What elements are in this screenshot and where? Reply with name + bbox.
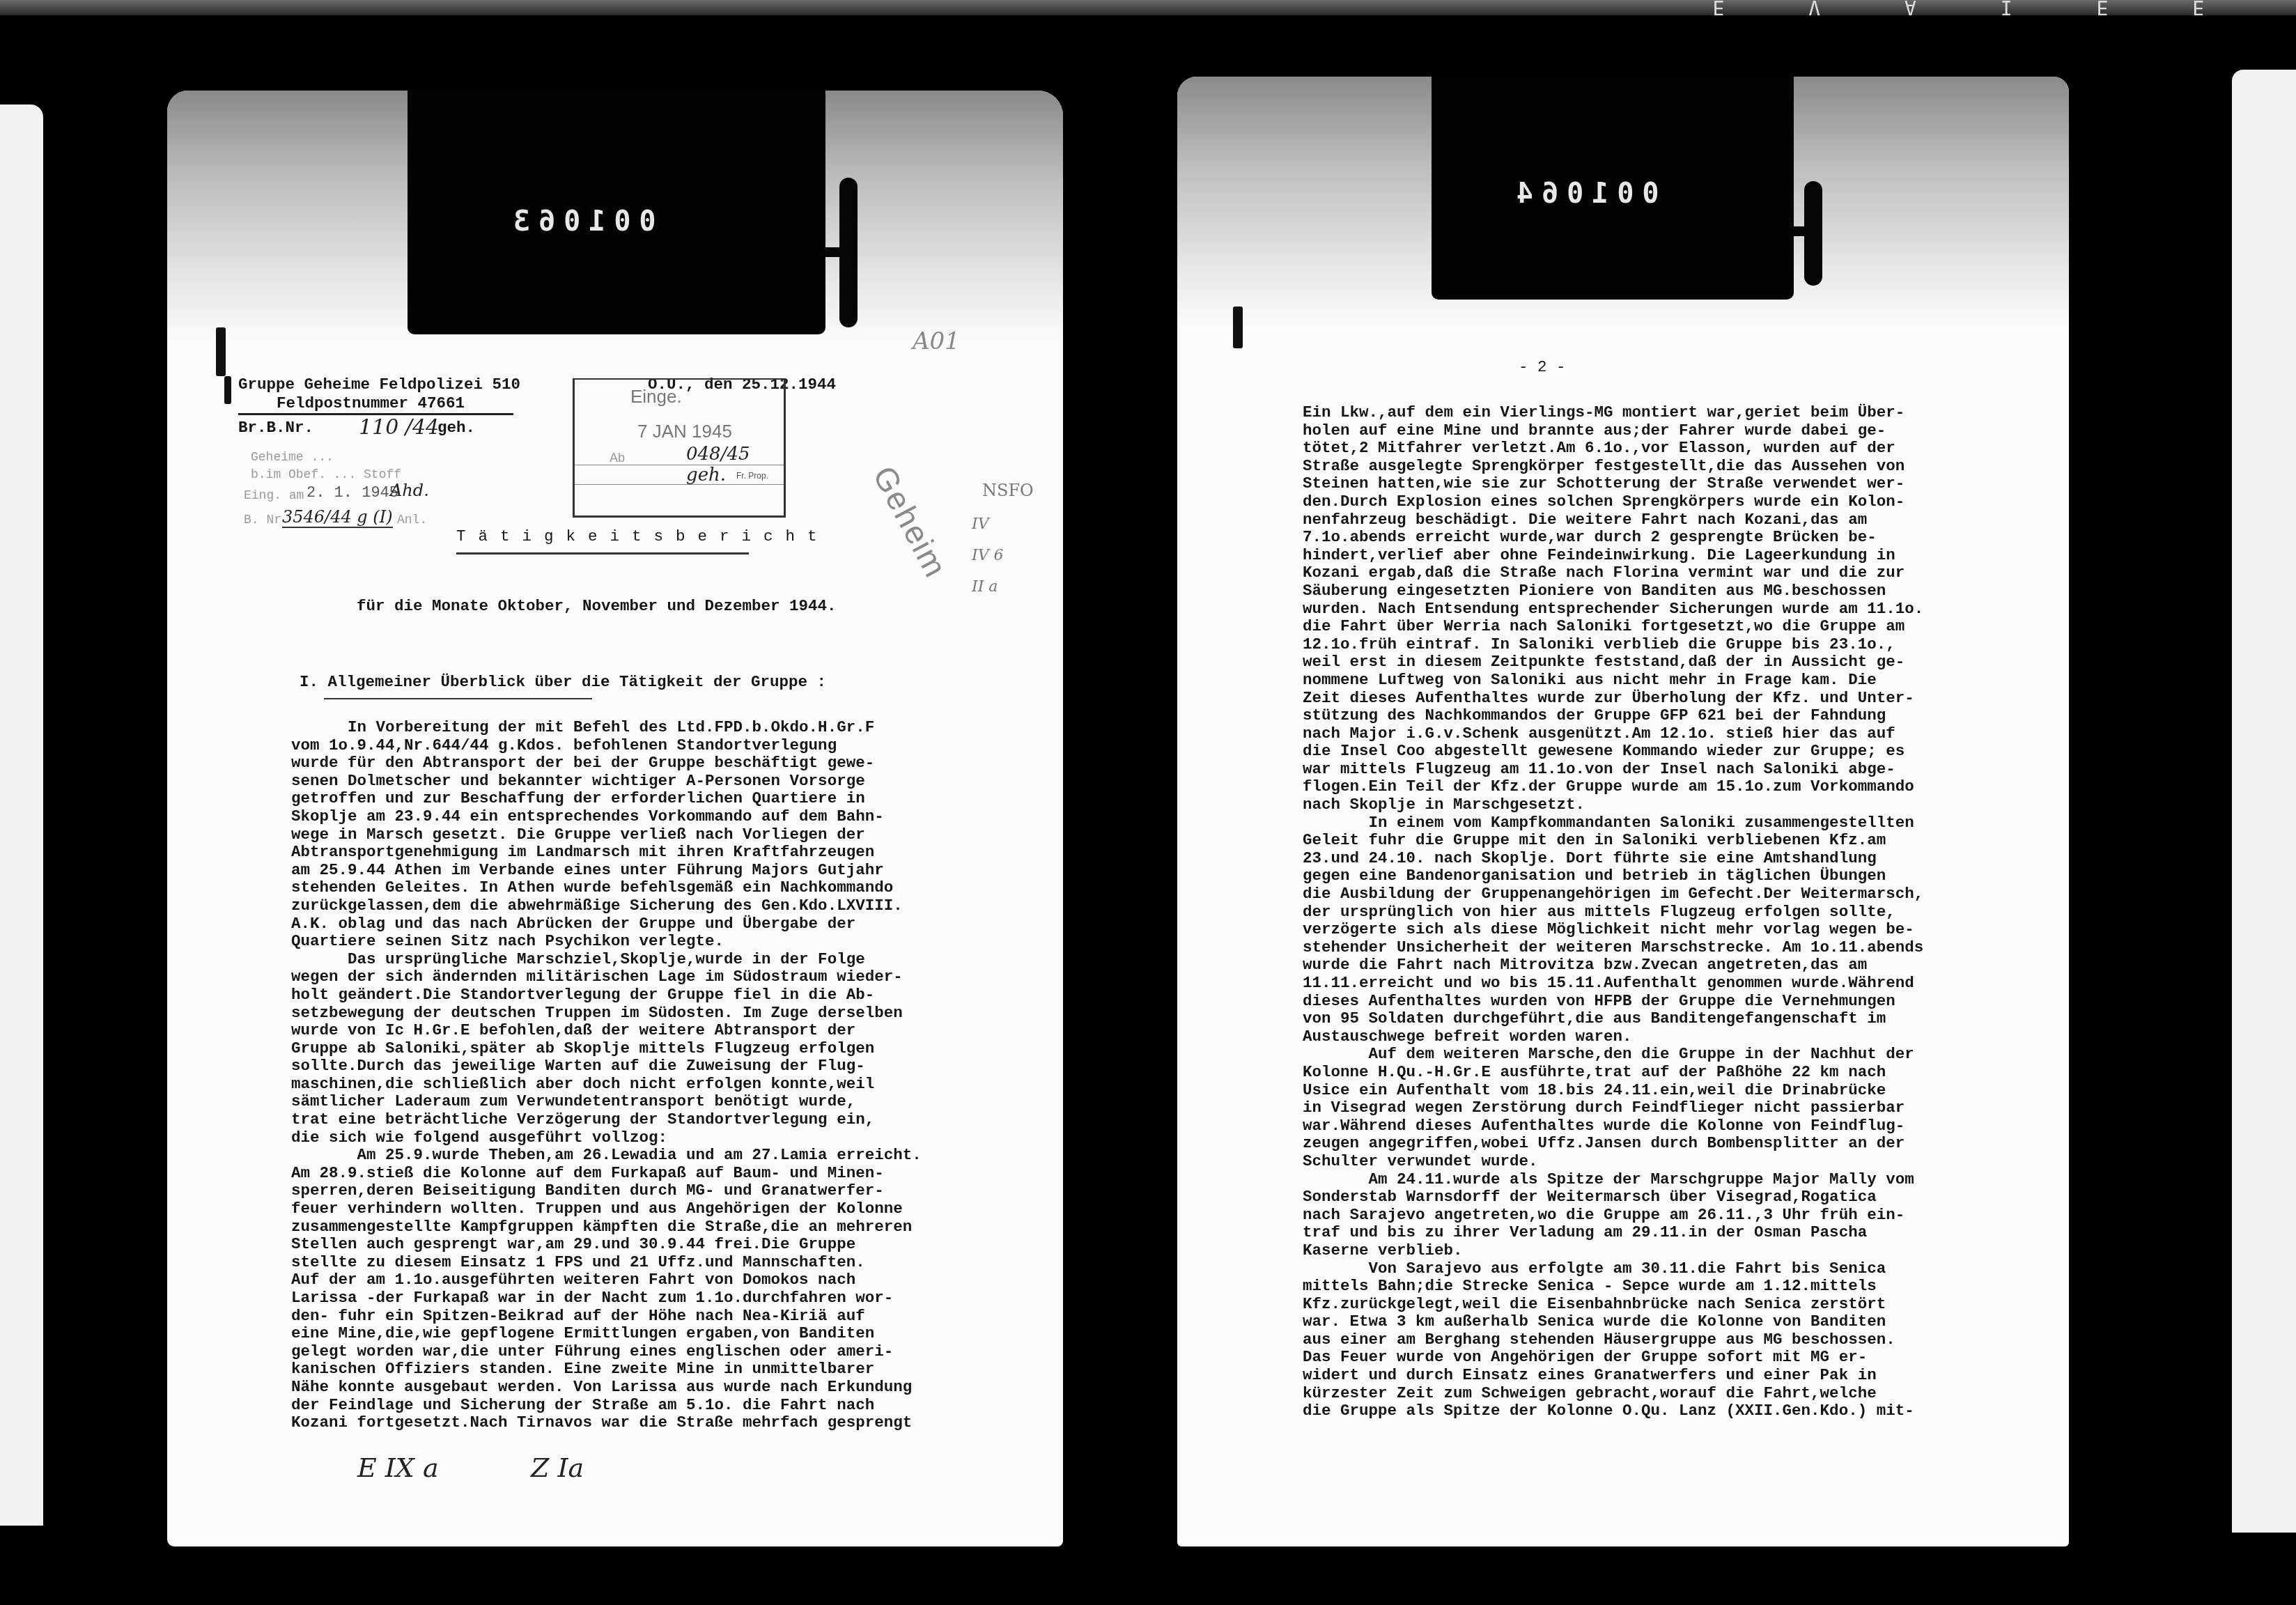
text-line: nach Skoplje in Marschgesetzt. (1303, 796, 1923, 814)
receipt-label: Einge. (630, 388, 682, 406)
page-2-body: Ein Lkw.,auf dem ein Vierlings-MG montie… (1303, 404, 1923, 1420)
text-line: nommene Luftweg von Saloniki aus nicht m… (1303, 672, 1923, 690)
text-line: flogen.Ein Teil der Kfz.der Gruppe wurde… (1303, 778, 1923, 796)
text-line: 12.1o.früh eintraf. In Saloniki verblieb… (1303, 636, 1923, 654)
text-line: Sonderstab Warnsdorff der Weitermarsch ü… (1303, 1188, 1923, 1207)
text-line: Am 25.9.wurde Theben,am 26.Lewadia und a… (291, 1147, 922, 1165)
text-line: 11.11.erreicht und wo bis 15.11.Aufentha… (1303, 975, 1923, 993)
text-line: Auf der am 1.1o.ausgeführten weiteren Fa… (291, 1271, 922, 1289)
text-line: stehender Unsicherheit der weiteren Mars… (1303, 939, 1923, 957)
stamp-divider (575, 484, 784, 485)
text-line: die Fahrt über Werria nach Saloniki fort… (1303, 618, 1923, 636)
text-line: wurden. Nach Entsendung entsprechender S… (1303, 600, 1923, 619)
heading-underline (324, 698, 592, 699)
text-line: zusammengestellte Kampfgruppen kämpften … (291, 1218, 922, 1236)
text-line: war.Während dieses Aufenthaltes wurde di… (1303, 1117, 1923, 1135)
text-line: maschinen,die schließlich aber doch nich… (291, 1076, 922, 1094)
text-line: stellte zu diesem Einsatz 1 FPS und 21 U… (291, 1254, 922, 1272)
text-line: Nähe konnte ausgebaut werden. Von Lariss… (291, 1379, 922, 1397)
document-page-2: 001064 - 2 - Ein Lkw.,auf dem ein Vierli… (1177, 77, 2069, 1546)
text-line: die sich wie folgend ausgeführt vollzog: (291, 1129, 922, 1147)
text-line: wegen der sich ändernden militärischen L… (291, 968, 922, 986)
text-line: Gruppe ab Saloniki,später ab Skoplje mit… (291, 1040, 922, 1058)
text-line: dieses Aufenthaltes wurden von HFPB der … (1303, 993, 1923, 1011)
text-line: gegen eine Bandenorganisation und betrie… (1303, 867, 1923, 885)
text-line: von 95 Soldaten durchgeführt,die aus Ban… (1303, 1010, 1923, 1028)
margin-note: II a (972, 578, 998, 596)
text-line: mittels Bahn;die Strecke Senica - Sepce … (1303, 1278, 1923, 1296)
adjacent-frame-left (0, 104, 43, 1526)
counter-knob-icon (1804, 181, 1822, 286)
text-line: Das ursprüngliche Marschziel,Skoplje,wur… (291, 951, 922, 969)
text-line: Auf dem weiteren Marsche,den die Gruppe … (1303, 1046, 1923, 1064)
text-line: war mittels Flugzeug am 11.1o.von der In… (1303, 761, 1923, 779)
frame-counter: 001064 (1432, 77, 1794, 300)
text-line: tötet,2 Mitfahrer verletzt.Am 6.1o.,vor … (1303, 440, 1923, 458)
text-line: Abtransportgenehmigung im Landmarsch mit… (291, 844, 922, 862)
text-line: A.K. oblag und das nach Abrücken der Gru… (291, 915, 922, 933)
text-line: Am 24.11.wurde als Spitze der Marschgrup… (1303, 1171, 1923, 1189)
eing-date: 2. 1. 1945 (307, 484, 398, 502)
text-line: den.Durch Explosion eines solchen Spreng… (1303, 493, 1923, 511)
text-line: setzbewegung der deutschen Truppen im Sü… (291, 1005, 922, 1023)
text-line: Kozani ergab,daß die Straße nach Florina… (1303, 564, 1923, 582)
frame-counter-digits: 001063 (505, 206, 656, 238)
text-line: Säuberung eingesetzten Pioniere von Band… (1303, 582, 1923, 600)
frame-counter-digits: 001064 (1508, 178, 1659, 210)
text-line: die Insel Coo abgestellt gewesene Komman… (1303, 743, 1923, 761)
text-line: Larissa -der Furkapaß war in der Nacht z… (291, 1289, 922, 1308)
text-line: am 25.9.44 Athen im Verbande eines unter… (291, 862, 922, 880)
receipt-stamp: Einge. 7 JAN 1945 Ab 048/45 geh. Fr. Pro… (573, 378, 786, 518)
text-line: traf und bis zu ihrer Verladung am 29.11… (1303, 1224, 1923, 1242)
text-line: zeugen angegriffen,wobei Uffz.Jansen dur… (1303, 1135, 1923, 1153)
text-line: wurde für den Abtransport der bei der Gr… (291, 754, 922, 773)
punch-mark (216, 327, 226, 376)
text-line: widert und durch Einsatz eines Granatwer… (1303, 1367, 1923, 1385)
eing-label: Eing. am (244, 488, 304, 506)
text-line: Skoplje am 23.9.44 ein entsprechendes Vo… (291, 808, 922, 826)
text-line: Geleit fuhr die Gruppe mit den in Saloni… (1303, 832, 1923, 850)
text-line: holt geändert.Die Standortverlegung der … (291, 986, 922, 1005)
unit-name: Gruppe Geheime Feldpolizei 510 (238, 376, 520, 394)
text-line: kanischen Offiziers standen. Eine zweite… (291, 1360, 922, 1379)
section-heading: I. Allgemeiner Überblick über die Tätigk… (300, 674, 826, 692)
text-line: stehenden Geleites. In Athen wurde befeh… (291, 879, 922, 897)
text-line: holen auf eine Mine und brannte aus;der … (1303, 422, 1923, 440)
text-line: Ein Lkw.,auf dem ein Vierlings-MG montie… (1303, 404, 1923, 422)
text-line: aus einer am Berghang stehenden Häusergr… (1303, 1331, 1923, 1349)
frame-counter: 001063 (408, 91, 825, 334)
text-line: den- fuhr ein Spitzen-Beikrad auf der Hö… (291, 1308, 922, 1326)
text-line: der ursprünglich von hier aus mittels Fl… (1303, 904, 1923, 922)
text-line: war. Etwa 3 km außerhalb Senica wurde di… (1303, 1313, 1923, 1331)
text-line: trat eine beträchtliche Verzögerung der … (291, 1111, 922, 1129)
text-line: Kolonne H.Qu.-H.Gr.E ausführte,trat auf … (1303, 1064, 1923, 1082)
br-nr-suffix: geh. (437, 419, 475, 437)
text-line: wurde von Ic H.Gr.E befohlen,daß der wei… (291, 1022, 922, 1040)
margin-note: NSFO (982, 481, 1034, 500)
text-line: sämtlicher Laderaum zum Verwundetentrans… (291, 1093, 922, 1111)
text-line: Am 28.9.stieß die Kolonne auf dem Furkap… (291, 1165, 922, 1183)
text-line: Zeit dieses Aufenthaltes wurde zur Überh… (1303, 690, 1923, 708)
punch-mark (224, 376, 231, 404)
text-line: Kaserne verblieb. (1303, 1242, 1923, 1260)
punch-mark (1233, 307, 1243, 348)
text-line: Straße ausgelegte Sprengkörper festgeste… (1303, 458, 1923, 476)
text-line: Usice ein Aufenthalt vom 18.bis 24.11.ei… (1303, 1082, 1923, 1100)
text-line: In einem vom Kampfkommandanten Saloniki … (1303, 814, 1923, 832)
margin-note: IV (972, 515, 989, 533)
file-mark-1: E IX a (357, 1452, 439, 1483)
text-line: Austauschwege befreit worden waren. (1303, 1028, 1923, 1046)
text-line: nach Sarajevo angetreten,wo die Gruppe a… (1303, 1207, 1923, 1225)
classification-stamp: Geheim (865, 460, 955, 584)
adjacent-frame-right (2232, 70, 2296, 1533)
anl-label: Anl. (397, 512, 427, 530)
text-line: Stellen auch gesprengt war,am 29.und 30.… (291, 1236, 922, 1254)
text-line: senen Dolmetscher und bekannter wichtige… (291, 773, 922, 791)
stamp-line-1: Geheime ... (251, 449, 334, 467)
text-line: in Visegrad wegen Zerstörung durch Feind… (1303, 1099, 1923, 1117)
text-line: vom 1o.9.44,Nr.644/44 g.Kdos. befohlenen… (291, 737, 922, 755)
initials-signature: Ahd. (390, 481, 429, 500)
text-line: nach Major i.G.v.Schenk ausgenützt.Am 12… (1303, 725, 1923, 743)
stamp-line-2: b.im Obef. ... Stoff (251, 467, 401, 485)
feldpost-number: Feldpostnummer 47661 (238, 395, 513, 415)
text-line: getroffen und zur Beschaffung der erford… (291, 790, 922, 808)
page-number: - 2 - (1519, 359, 1566, 377)
text-line: sperren,deren Beiseitigung Banditen durc… (291, 1182, 922, 1200)
page-1-body: In Vorbereitung der mit Befehl des Ltd.F… (291, 719, 922, 1432)
text-line: eine Mine,die,wie gepflogene Ermittlunge… (291, 1325, 922, 1343)
text-line: Kozani fortgesetzt.Nach Tirnavos war die… (291, 1414, 922, 1432)
text-line: Kfz.zurückgelegt,weil die Eisenbahnbrück… (1303, 1296, 1923, 1314)
film-top-edge: E V A I E E (0, 0, 2296, 15)
text-line: Schulter verwundet wurde. (1303, 1153, 1923, 1171)
text-line: stützung des Nachkommandos der Gruppe GF… (1303, 707, 1923, 725)
text-line: sollte.Durch das jeweilige Warten auf di… (291, 1057, 922, 1076)
br-nr-value: 110 /44 (359, 415, 439, 440)
report-title: Tätigkeitsbericht (456, 528, 830, 546)
text-line: die Gruppe als Spitze der Kolonne O.Qu. … (1303, 1402, 1923, 1420)
receipt-col-label: Fr. Prop. (736, 467, 768, 486)
br-nr-label: Br.B.Nr. (238, 419, 313, 437)
text-line: wege in Marsch gesetzt. Die Gruppe verli… (291, 826, 922, 844)
text-line: die Ausbildung der Gruppenangehörigen im… (1303, 885, 1923, 904)
bnr-value: 3546/44 g (I) (282, 507, 393, 528)
archive-number: A01 (913, 327, 960, 355)
text-line: gelegt worden war,die unter Führung eine… (291, 1343, 922, 1361)
receipt-date: 7 JAN 1945 (637, 423, 732, 441)
text-line: hindert,verlief aber ohne Feindeinwirkun… (1303, 547, 1923, 565)
text-line: kürzester Zeit zum Schweigen gebracht,wo… (1303, 1385, 1923, 1403)
document-page-1: 001063 A01 Gruppe Geheime Feldpolizei 51… (167, 91, 1063, 1546)
file-mark-2: Z Ia (531, 1452, 584, 1483)
text-line: 7.1o.abends erreicht wurde,war durch 2 g… (1303, 529, 1923, 547)
text-line: verzögerte sich als diese Möglichkeit ni… (1303, 921, 1923, 939)
title-underline (456, 552, 749, 555)
text-line: Von Sarajevo aus erfolgte am 30.11.die F… (1303, 1260, 1923, 1278)
text-line: zurückgelassen,dem die abwehrmäßige Sich… (291, 897, 922, 915)
text-line: weil erst in diesem Zeitpunkte feststand… (1303, 653, 1923, 672)
margin-note: IV 6 (972, 547, 1004, 564)
text-line: der Feindlage und Sicherung der Straße a… (291, 1397, 922, 1415)
text-line: Quartiere seinen Sitz nach Psychikon ver… (291, 933, 922, 951)
stamp-divider (575, 465, 784, 465)
text-line: Das Feuer wurde von Angehörigen der Grup… (1303, 1349, 1923, 1367)
text-line: In Vorbereitung der mit Befehl des Ltd.F… (291, 719, 922, 737)
counter-knob-icon (839, 178, 858, 327)
text-line: feuer verhindern wollten. Truppen und au… (291, 1200, 922, 1218)
text-line: nenfahrzeug beschädigt. Die weitere Fahr… (1303, 511, 1923, 529)
film-edge-marks: E V A I E E (1713, 0, 2240, 15)
text-line: wurde die Fahrt nach Mitrovitza bzw.Zvec… (1303, 956, 1923, 975)
text-line: 23.und 24.10. nach Skoplje. Dort führte … (1303, 850, 1923, 868)
report-subtitle: für die Monate Oktober, November und Dez… (357, 598, 837, 616)
text-line: Steinen hatten,wie sie zur Schotterung d… (1303, 475, 1923, 493)
